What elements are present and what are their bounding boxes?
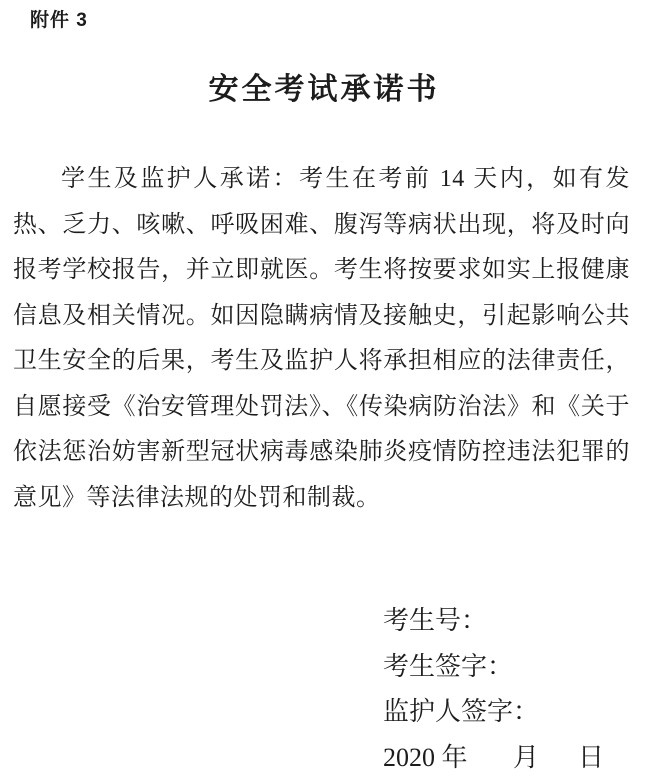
candidate-number-field-label: 考生号： bbox=[383, 598, 604, 644]
commitment-letter-page: 附件 3 安全考试承诺书 学生及监护人承诺：考生在考前 14 天内，如有发热、乏… bbox=[0, 0, 648, 778]
guardian-signature-field-label: 监护人签字： bbox=[383, 689, 604, 735]
commitment-body-paragraph: 学生及监护人承诺：考生在考前 14 天内，如有发热、乏力、咳嗽、呼吸困难、腹泻等… bbox=[13, 157, 630, 521]
candidate-signature-field-label: 考生签字： bbox=[383, 644, 604, 690]
document-title: 安全考试承诺书 bbox=[0, 64, 648, 108]
signature-block: 考生号： 考生签字： 监护人签字： 2020 年 月 日 bbox=[383, 598, 604, 778]
attachment-number-label: 附件 3 bbox=[30, 5, 88, 32]
date-line: 2020 年 月 日 bbox=[383, 735, 604, 778]
